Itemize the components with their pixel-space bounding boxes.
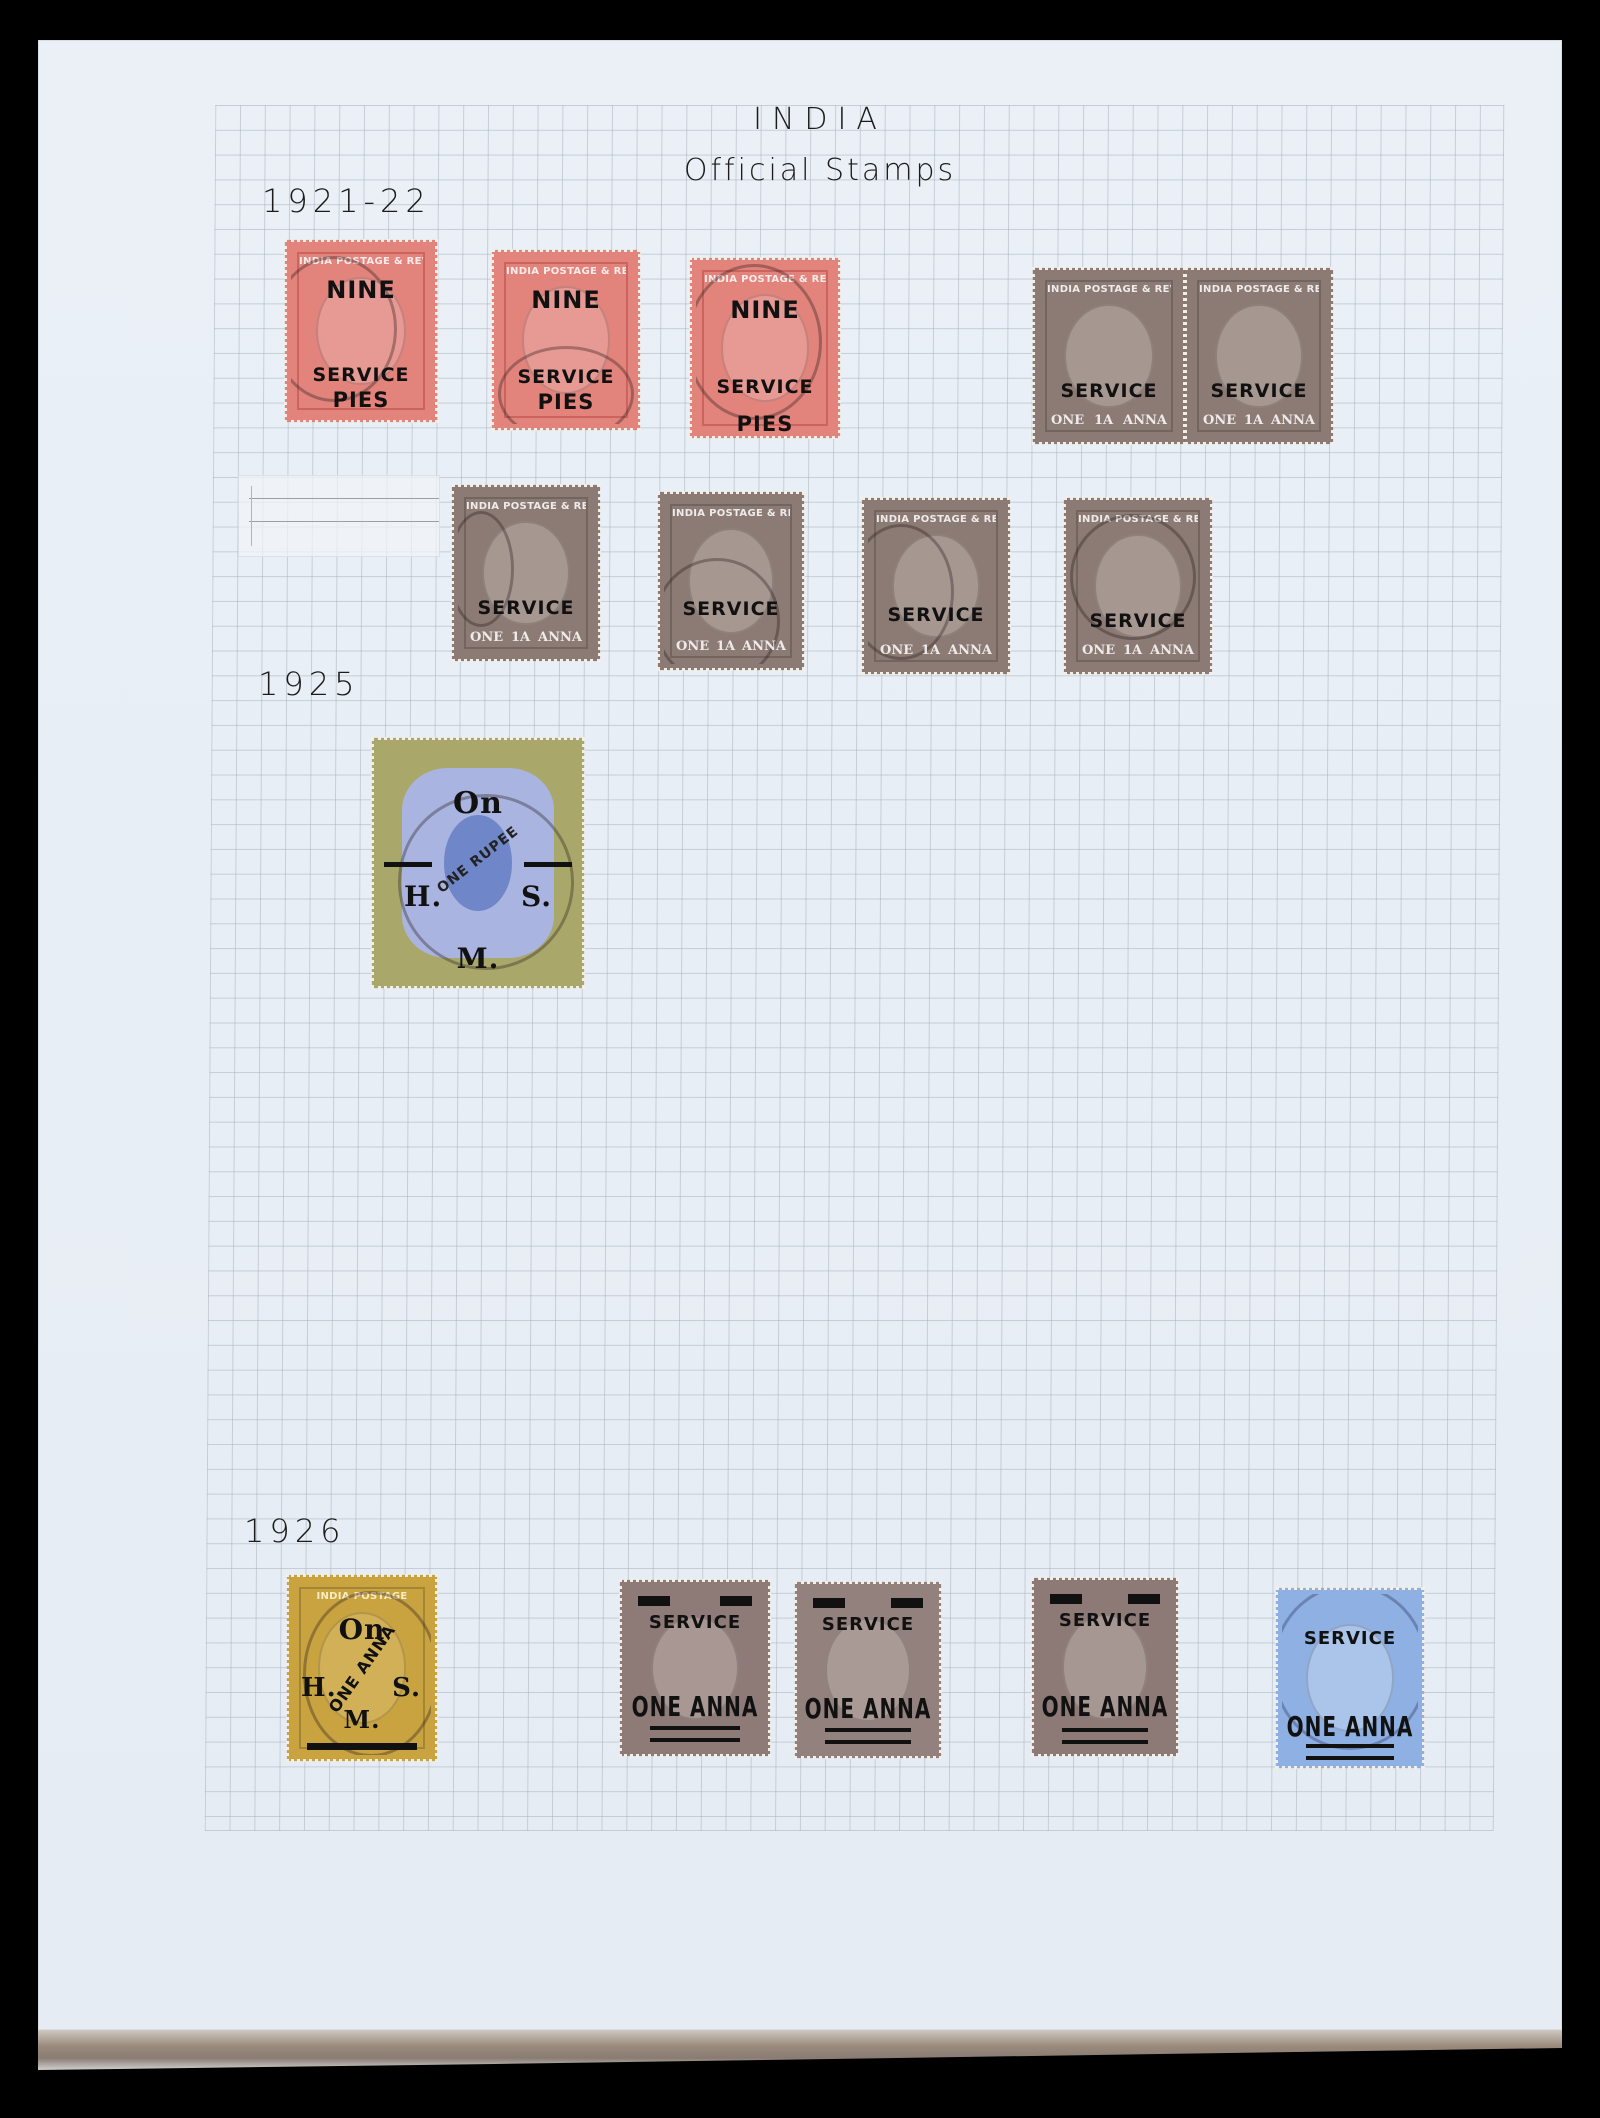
year-label-1925: 1925 (258, 665, 359, 703)
stamp-nine-pies-3[interactable]: INDIA POSTAGE & REVENUE NINE SERVICE PIE… (690, 258, 840, 438)
stamp-ohms-one-anna[interactable]: INDIA POSTAGE On H. S. M. ONE ANNA (287, 1575, 437, 1761)
stamp-service-one-anna-2[interactable]: SERVICE ONE ANNA (795, 1582, 941, 1758)
stamp-service-4[interactable]: INDIA POSTAGE & REVENUE SERVICE ONE1AANN… (1064, 498, 1212, 674)
year-label-1921: 1921-22 (262, 182, 431, 220)
page-subtitle: Official Stamps (0, 153, 1600, 188)
stamp-service-pair-left[interactable]: INDIA POSTAGE & REVENUE SERVICE ONE1AANN… (1033, 268, 1185, 444)
stamp-service-pair-right[interactable]: INDIA POSTAGE & REVENUE SERVICE ONE1AANN… (1185, 268, 1333, 444)
stamp-service-one-anna-1[interactable]: SERVICE ONE ANNA (620, 1580, 770, 1756)
stamp-service-one-anna-3[interactable]: SERVICE ONE ANNA (1032, 1578, 1178, 1756)
stamp-service-3[interactable]: INDIA POSTAGE & REVENUE SERVICE ONE1AANN… (862, 498, 1010, 674)
stamp-service-2[interactable]: INDIA POSTAGE & REVENUE SERVICE ONE1AANN… (658, 492, 804, 670)
stamp-nine-pies-2[interactable]: INDIA POSTAGE & REVENUE NINE SERVICE PIE… (492, 250, 640, 430)
page-title: INDIA (0, 102, 1600, 137)
year-label-1926: 1926 (244, 1512, 345, 1550)
hinge-remnant (238, 475, 440, 557)
album-bottom-edge (38, 2030, 1562, 2070)
stamp-service-one-anna-blue[interactable]: SERVICE ONE ANNA (1276, 1588, 1424, 1768)
stamp-service-1[interactable]: INDIA POSTAGE & REVENUE SERVICE ONE1AANN… (452, 485, 600, 661)
stamp-ohms-rupee[interactable]: On H. S. M. ONE RUPEE (372, 738, 584, 988)
stamp-nine-pies-1[interactable]: INDIA POSTAGE & REVENUE NINE SERVICE PIE… (285, 240, 437, 422)
